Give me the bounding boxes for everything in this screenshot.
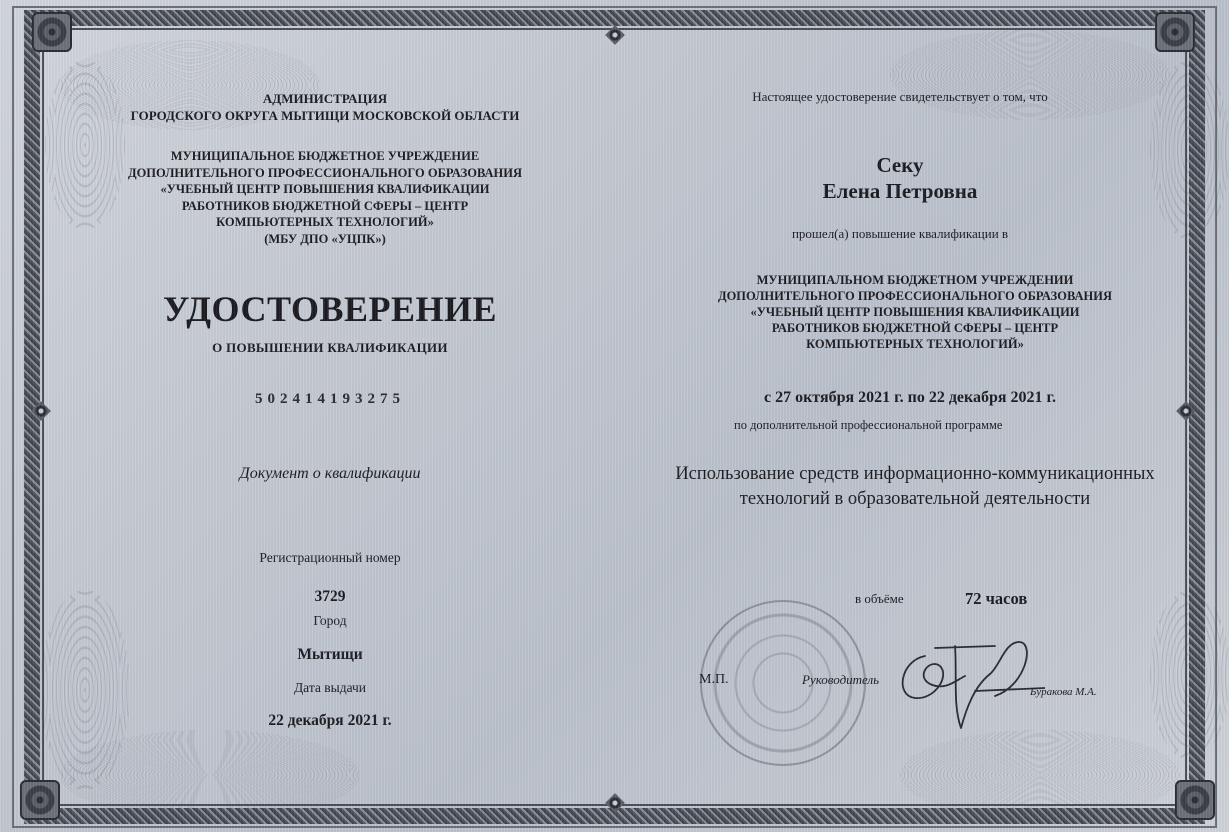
- organization-line: ДОПОЛНИТЕЛЬНОГО ПРОФЕССИОНАЛЬНОГО ОБРАЗО…: [690, 288, 1140, 304]
- seal-place-label: М.П.: [699, 672, 729, 688]
- organization-line: ДОПОЛНИТЕЛЬНОГО ПРОФЕССИОНАЛЬНОГО ОБРАЗО…: [110, 165, 540, 182]
- city-value: Мытищи: [200, 646, 460, 664]
- training-organization: МУНИЦИПАЛЬНОМ БЮДЖЕТНОМ УЧРЕЖДЕНИИ ДОПОЛ…: [690, 272, 1140, 352]
- organization-line: «УЧЕБНЫЙ ЦЕНТР ПОВЫШЕНИЯ КВАЛИФИКАЦИИ: [110, 181, 540, 198]
- guilloche-swirl: [900, 730, 1180, 820]
- organization-line: КОМПЬЮТЕРНЫХ ТЕХНОЛОГИЙ»: [110, 214, 540, 231]
- certifies-statement: Настоящее удостоверение свидетельствует …: [690, 89, 1110, 105]
- holder-surname: Секу: [740, 153, 1060, 178]
- document-type: Документ о квалификации: [150, 465, 510, 483]
- organization-line: РАБОТНИКОВ БЮДЖЕТНОЙ СФЕРЫ – ЦЕНТР: [110, 198, 540, 215]
- issuer-organization: МУНИЦИПАЛЬНОЕ БЮДЖЕТНОЕ УЧРЕЖДЕНИЕ ДОПОЛ…: [110, 148, 540, 247]
- organization-line: КОМПЬЮТЕРНЫХ ТЕХНОЛОГИЙ»: [690, 336, 1140, 352]
- corner-ornament-icon: [1155, 12, 1195, 52]
- issue-date-label: Дата выдачи: [200, 680, 460, 696]
- completion-statement: прошел(а) повышение квалификации в: [700, 226, 1100, 242]
- administration-line: ГОРОДСКОГО ОКРУГА МЫТИЩИ МОСКОВСКОЙ ОБЛА…: [120, 107, 530, 124]
- hours-label: в объёме: [855, 591, 904, 607]
- document-subtitle: О ПОВЫШЕНИИ КВАЛИФИКАЦИИ: [150, 340, 510, 356]
- document-title: УДОСТОВЕРЕНИЕ: [150, 288, 510, 330]
- issue-date: 22 декабря 2021 г.: [200, 712, 460, 730]
- organization-abbreviation: (МБУ ДПО «УЦПК»): [110, 231, 540, 248]
- guilloche-swirl: [1150, 60, 1229, 240]
- guilloche-swirl: [890, 30, 1170, 120]
- hours-value: 72 часов: [965, 589, 1027, 609]
- registration-number: 3729: [200, 588, 460, 606]
- corner-ornament-icon: [32, 12, 72, 52]
- head-label: Руководитель: [802, 672, 879, 688]
- training-period: с 27 октября 2021 г. по 22 декабря 2021 …: [720, 389, 1100, 407]
- organization-line: РАБОТНИКОВ БЮДЖЕТНОЙ СФЕРЫ – ЦЕНТР: [690, 320, 1140, 336]
- guilloche-swirl: [40, 590, 130, 790]
- corner-ornament-icon: [20, 780, 60, 820]
- organization-line: «УЧЕБНЫЙ ЦЕНТР ПОВЫШЕНИЯ КВАЛИФИКАЦИИ: [690, 304, 1140, 320]
- organization-line: МУНИЦИПАЛЬНОМ БЮДЖЕТНОМ УЧРЕЖДЕНИИ: [690, 272, 1140, 288]
- holder-given-names: Елена Петровна: [740, 179, 1060, 204]
- administration-line: АДМИНИСТРАЦИЯ: [120, 90, 530, 107]
- organization-line: МУНИЦИПАЛЬНОЕ БЮДЖЕТНОЕ УЧРЕЖДЕНИЕ: [110, 148, 540, 165]
- serial-number: 502414193275: [150, 391, 510, 408]
- corner-ornament-icon: [1175, 780, 1215, 820]
- program-label: по дополнительной профессиональной прогр…: [720, 418, 1114, 433]
- city-label: Город: [200, 613, 460, 629]
- registration-number-label: Регистрационный номер: [200, 550, 460, 566]
- program-name: Использование средств информационно-комм…: [670, 462, 1160, 512]
- signature-icon: [895, 636, 1045, 731]
- head-name: Буракова М.А.: [1030, 686, 1097, 698]
- certificate-sheet: АДМИНИСТРАЦИЯ ГОРОДСКОГО ОКРУГА МЫТИЩИ М…: [0, 0, 1229, 832]
- guilloche-swirl: [1150, 590, 1229, 760]
- issuer-administration: АДМИНИСТРАЦИЯ ГОРОДСКОГО ОКРУГА МЫТИЩИ М…: [120, 90, 530, 124]
